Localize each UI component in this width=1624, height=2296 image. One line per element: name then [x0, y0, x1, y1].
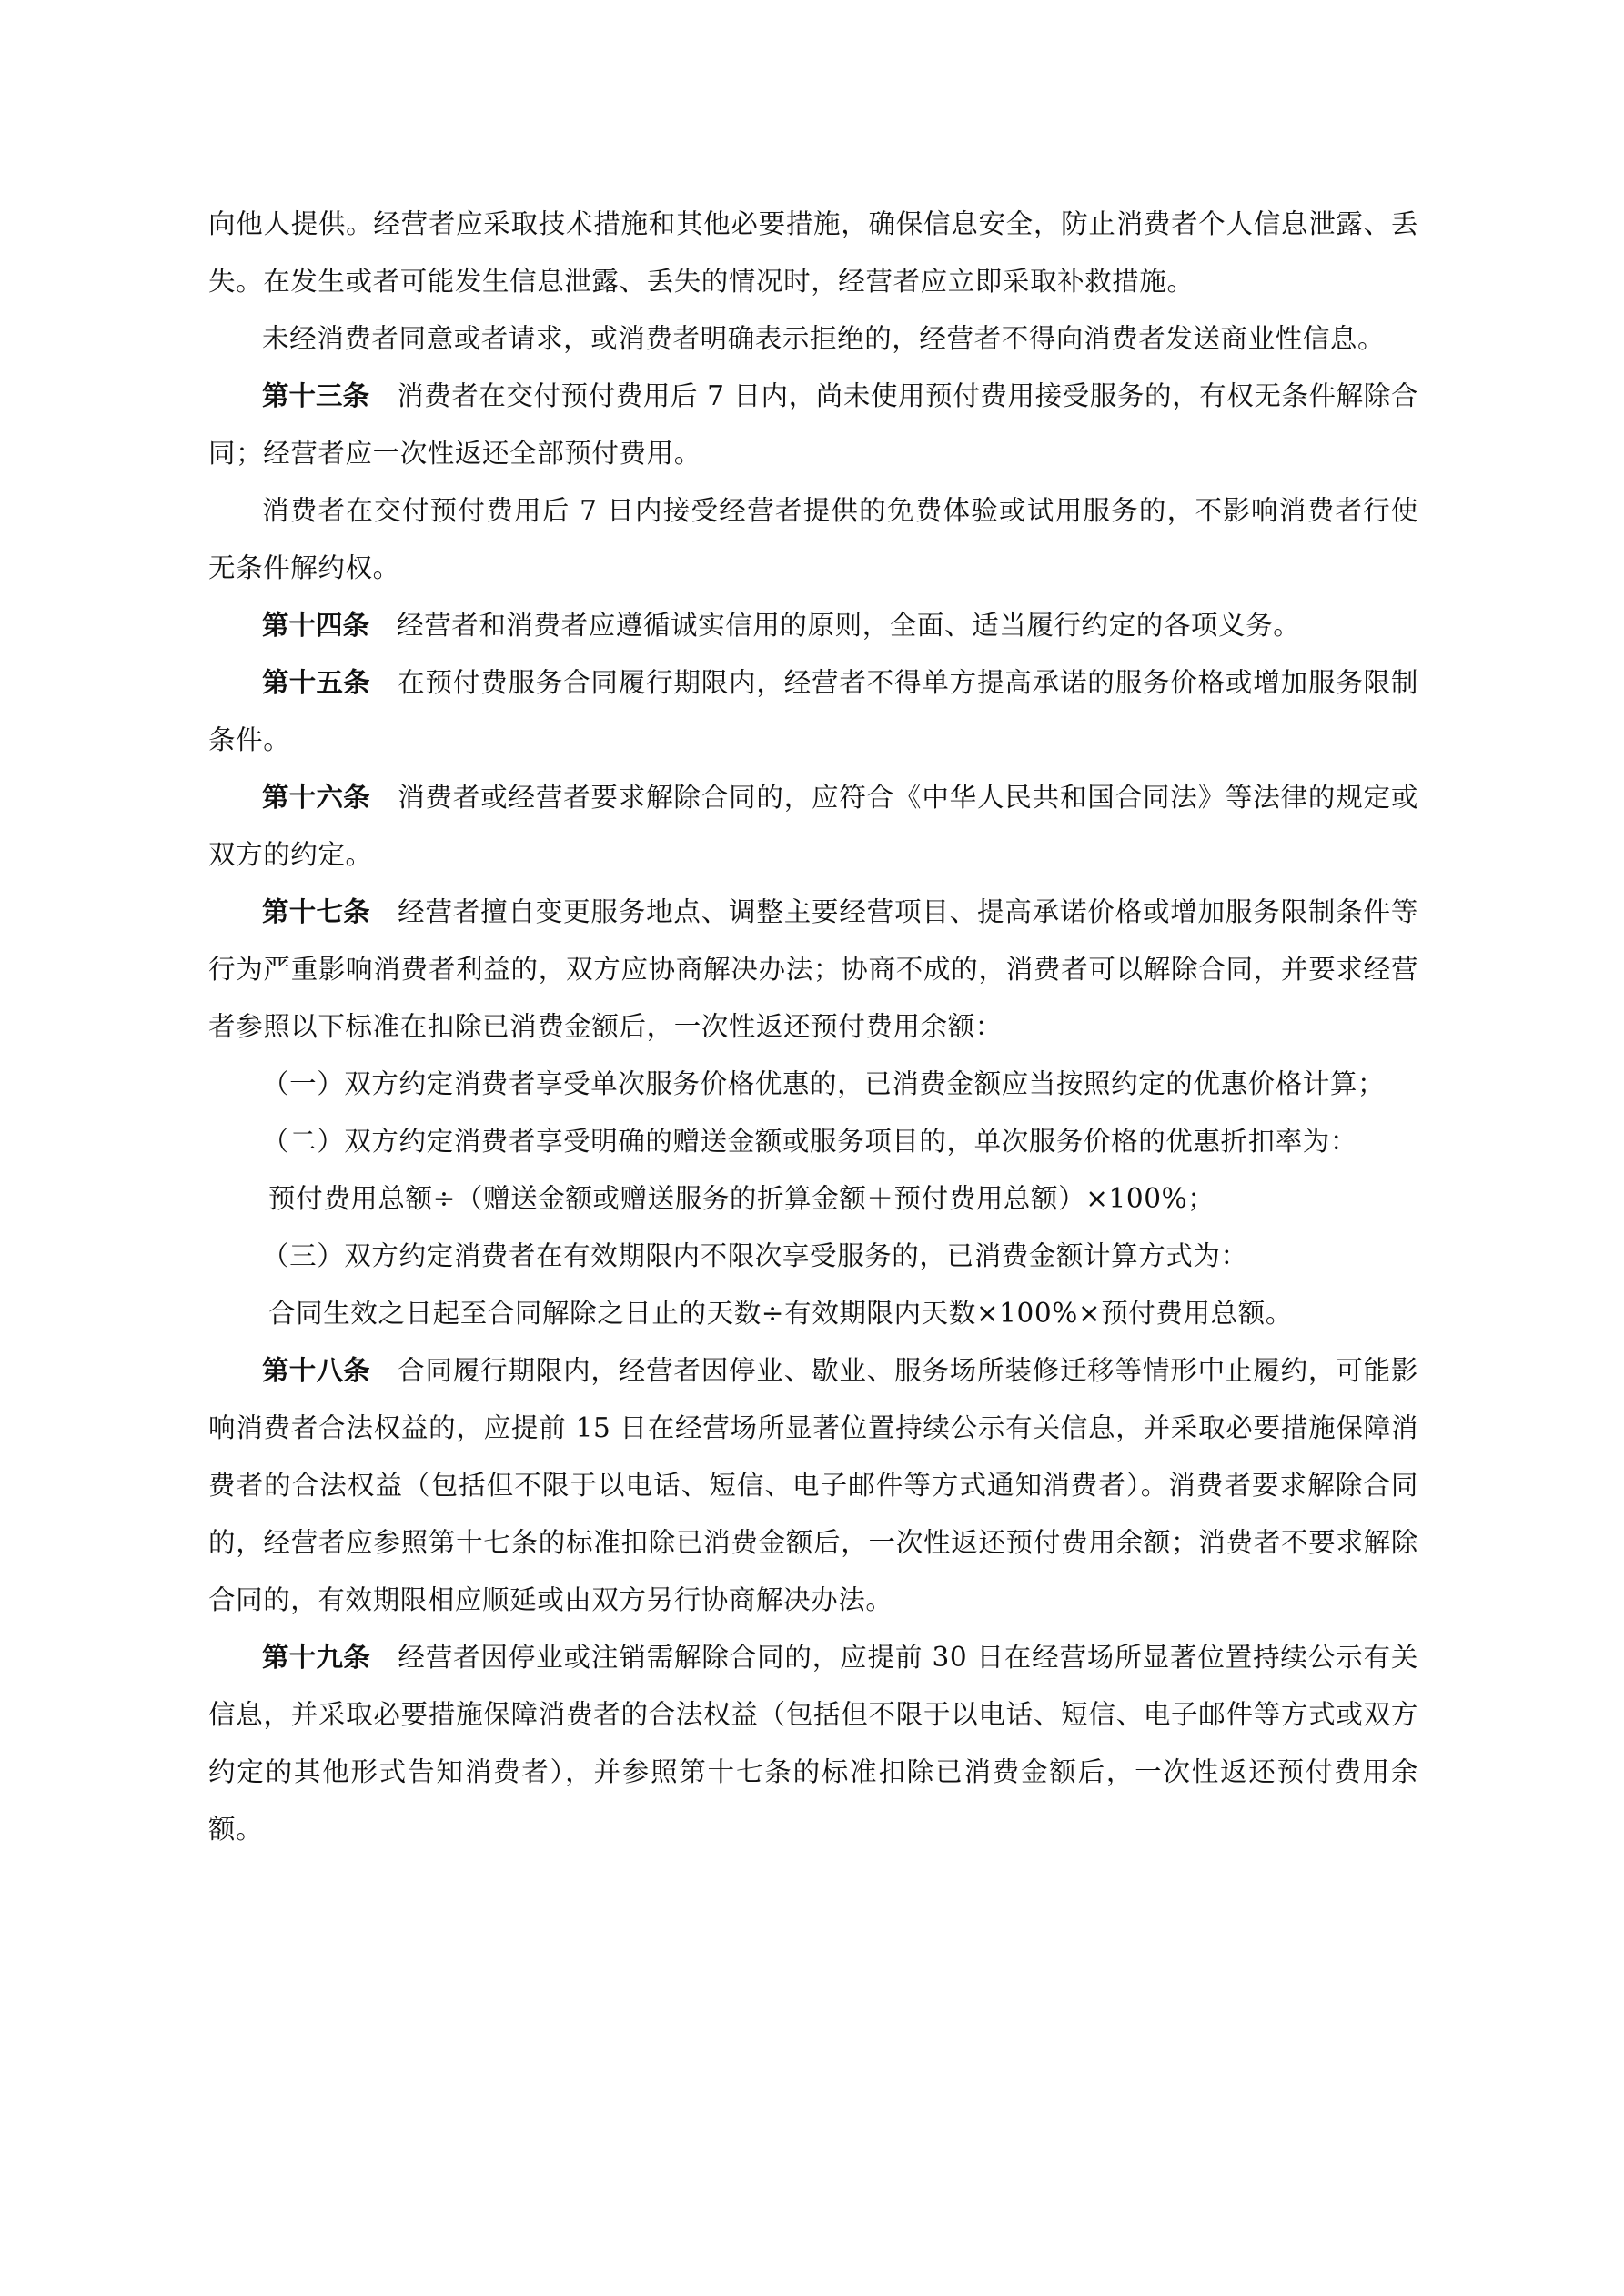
- paragraph-continuation: 向他人提供。经营者应采取技术措施和其他必要措施，确保信息安全，防止消费者个人信息…: [208, 196, 1418, 310]
- article-label: 第十九条: [262, 1642, 370, 1673]
- formula-consumed-amount: 合同生效之日起至合同解除之日止的天数÷有效期限内天数×100%×预付费用总额。: [208, 1285, 1418, 1342]
- article-15: 第十五条在预付费服务合同履行期限内，经营者不得单方提高承诺的服务价格或增加服务限…: [208, 654, 1418, 769]
- article-label: 第十七条: [262, 896, 370, 927]
- article-text: 经营者和消费者应遵循诚实信用的原则，全面、适当履行约定的各项义务。: [397, 610, 1300, 641]
- article-16: 第十六条消费者或经营者要求解除合同的，应符合《中华人民共和国合同法》等法律的规定…: [208, 769, 1418, 884]
- article-18: 第十八条合同履行期限内，经营者因停业、歇业、服务场所装修迁移等情形中止履约，可能…: [208, 1342, 1418, 1629]
- article-19: 第十九条经营者因停业或注销需解除合同的，应提前 30 日在经营场所显著位置持续公…: [208, 1629, 1418, 1858]
- article-13: 第十三条消费者在交付预付费用后 7 日内，尚未使用预付费用接受服务的，有权无条件…: [208, 368, 1418, 482]
- article-text: 合同履行期限内，经营者因停业、歇业、服务场所装修迁移等情形中止履约，可能影响消费…: [208, 1355, 1418, 1615]
- article-17: 第十七条经营者擅自变更服务地点、调整主要经营项目、提高承诺价格或增加服务限制条件…: [208, 884, 1418, 1056]
- article-text: 消费者在交付预付费用后 7 日内，尚未使用预付费用接受服务的，有权无条件解除合同…: [208, 380, 1418, 469]
- article-text: 消费者或经营者要求解除合同的，应符合《中华人民共和国合同法》等法律的规定或双方的…: [208, 782, 1418, 870]
- article-label: 第十八条: [262, 1355, 370, 1386]
- article-label: 第十四条: [262, 610, 369, 641]
- clause-2: （二）双方约定消费者享受明确的赠送金额或服务项目的，单次服务价格的优惠折扣率为：: [208, 1113, 1418, 1170]
- formula-discount-rate: 预付费用总额÷（赠送金额或赠送服务的折算金额＋预付费用总额）×100%；: [208, 1170, 1418, 1228]
- article-14: 第十四条经营者和消费者应遵循诚实信用的原则，全面、适当履行约定的各项义务。: [208, 597, 1418, 654]
- article-label: 第十三条: [262, 380, 369, 411]
- document-page: 向他人提供。经营者应采取技术措施和其他必要措施，确保信息安全，防止消费者个人信息…: [208, 196, 1418, 1858]
- clause-1: （一）双方约定消费者享受单次服务价格优惠的，已消费金额应当按照约定的优惠价格计算…: [208, 1056, 1418, 1113]
- article-label: 第十五条: [262, 667, 370, 698]
- article-text: 经营者擅自变更服务地点、调整主要经营项目、提高承诺价格或增加服务限制条件等行为严…: [208, 896, 1418, 1042]
- article-text: 在预付费服务合同履行期限内，经营者不得单方提高承诺的服务价格或增加服务限制条件。: [208, 667, 1418, 755]
- article-text: 经营者因停业或注销需解除合同的，应提前 30 日在经营场所显著位置持续公示有关信…: [208, 1642, 1418, 1845]
- paragraph-commercial-info: 未经消费者同意或者请求，或消费者明确表示拒绝的，经营者不得向消费者发送商业性信息…: [208, 310, 1418, 368]
- article-label: 第十六条: [262, 782, 370, 813]
- paragraph-trial-service: 消费者在交付预付费用后 7 日内接受经营者提供的免费体验或试用服务的，不影响消费…: [208, 482, 1418, 597]
- clause-3: （三）双方约定消费者在有效期限内不限次享受服务的，已消费金额计算方式为：: [208, 1228, 1418, 1285]
